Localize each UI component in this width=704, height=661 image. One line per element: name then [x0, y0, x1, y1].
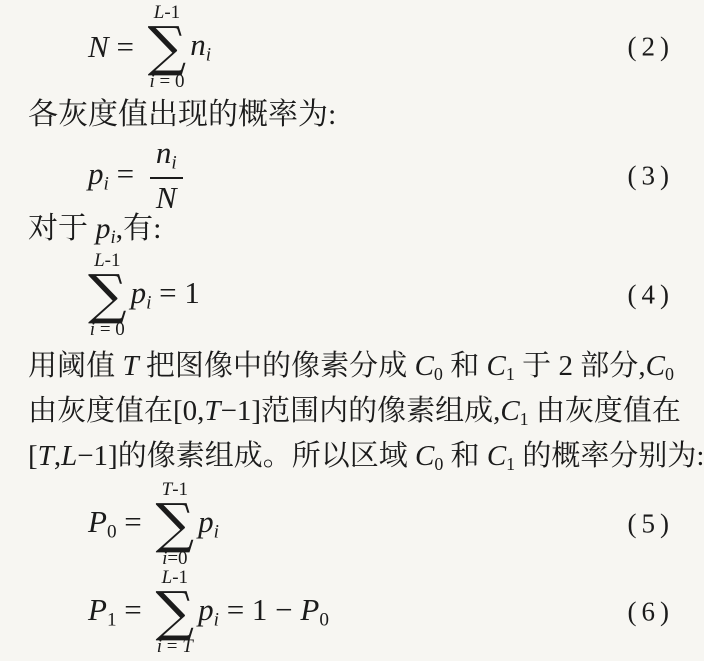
text-segment: p [198, 504, 214, 539]
text-segment: = 0 [155, 71, 185, 92]
equation-2: N = L-1 ∑ i = 0 ni (2) [0, 0, 704, 94]
text-segment: 1 [506, 364, 515, 384]
equation-2-number: (2) [628, 32, 674, 63]
equation-5-formula: P0 = T-1 ∑ i=0 pi [88, 479, 219, 569]
text-segment: 0 [319, 610, 329, 631]
text-segment: 0 [434, 454, 443, 474]
equation-6-number: (6) [628, 597, 674, 628]
text-segment: = [117, 504, 150, 539]
text-segment: 和 [443, 440, 487, 472]
text-segment: 1 [520, 409, 529, 429]
text-segment: n [156, 135, 172, 170]
sigma-icon: ∑ [156, 588, 195, 636]
text-segment: T [182, 636, 193, 657]
text-segment: 把图像中的像素分成 [139, 350, 415, 382]
fraction-numerator: ni [150, 137, 183, 179]
text-segment: 于 2 部分, [515, 350, 646, 382]
equation-3: pi = ni N (3) [0, 140, 704, 212]
text-segment: C [487, 440, 506, 472]
equation-2-lhs: N = [88, 29, 142, 65]
text-segment: = [109, 29, 142, 64]
sigma-icon: ∑ [156, 500, 195, 548]
text-segment: L [61, 440, 77, 472]
equation-5: P0 = T-1 ∑ i=0 pi (5) [0, 482, 704, 566]
text-segment: T [204, 395, 220, 427]
equation-5-rhs: pi [198, 504, 219, 543]
summation-symbol: L-1 ∑ i = 0 [88, 250, 127, 340]
text-segment: C [415, 350, 434, 382]
summation-symbol: T-1 ∑ i=0 [156, 479, 195, 569]
text-segment: 由灰度值在[0, [28, 395, 204, 427]
equation-4: L-1 ∑ i = 0 pi = 1 (4) [0, 248, 704, 342]
text-segment: C [487, 350, 506, 382]
text-segment: C [646, 350, 665, 382]
equation-6: P1 = L-1 ∑ i = T pi = 1 − P0 (6) [0, 566, 704, 658]
equation-4-formula: L-1 ∑ i = 0 pi = 1 [88, 250, 200, 340]
equation-5-lhs: P0 = [88, 504, 150, 543]
text-segment: 0 [434, 364, 443, 384]
equation-4-number: (4) [628, 280, 674, 311]
text-segment: = 1 [151, 275, 199, 310]
equation-6-formula: P1 = L-1 ∑ i = T pi = 1 − P0 [88, 567, 329, 657]
summation-symbol: L-1 ∑ i = 0 [148, 2, 187, 92]
text-segment: i [206, 45, 211, 66]
text-segment: p [131, 275, 147, 310]
text-segment: = 0 [95, 319, 125, 340]
text-segment: 由灰度值在 [529, 395, 681, 427]
text-segment: 0 [107, 522, 117, 543]
text-segment: 1 [506, 454, 515, 474]
text-segment: −1]的像素组成。所以区域 [77, 440, 415, 472]
text-segment: = [117, 592, 150, 627]
text-segment: , [54, 440, 61, 472]
text-probability-intro: 各灰度值出现的概率为: [28, 96, 674, 134]
text-segment: 0 [665, 364, 674, 384]
equation-6-rhs: pi = 1 − P0 [198, 592, 329, 631]
text-segment: T [122, 350, 138, 382]
summation-symbol: L-1 ∑ i = T [156, 567, 195, 657]
fraction: ni N [150, 137, 183, 214]
sigma-icon: ∑ [148, 23, 187, 71]
equation-3-formula: pi = ni N [88, 137, 183, 214]
sigma-icon: ∑ [88, 271, 127, 319]
text-segment: −1]范围内的像素组成, [221, 395, 501, 427]
document-page: N = L-1 ∑ i = 0 ni (2) 各灰度值出现的概率为: pi = … [0, 0, 704, 661]
text-segment: 的概率分别为: [515, 440, 704, 472]
equation-3-lhs: pi = [88, 156, 142, 195]
equation-5-number: (5) [628, 509, 674, 540]
equation-4-rhs: pi = 1 [131, 275, 200, 314]
sum-lower-limit: i = T [157, 636, 193, 657]
text-segment: p [88, 156, 104, 191]
text-segment: P [300, 592, 319, 627]
equation-3-number: (3) [628, 161, 674, 192]
text-segment: P [88, 592, 107, 627]
text-segment: C [415, 440, 434, 472]
text-segment: p [198, 592, 214, 627]
text-segment: i [171, 153, 176, 174]
text-segment: p [96, 212, 111, 245]
equation-2-rhs: ni [190, 27, 211, 66]
equation-6-lhs: P1 = [88, 592, 150, 631]
text-segment: [ [28, 440, 38, 472]
text-segment: = [109, 156, 142, 191]
text-segment: i [214, 522, 219, 543]
text-segment: T [38, 440, 54, 472]
text-segment: n [190, 27, 206, 62]
text-segment: ,有: [116, 212, 162, 245]
sum-lower-limit: i = 0 [149, 71, 184, 92]
text-segment: = 1 − [219, 592, 300, 627]
text-segment: C [500, 395, 519, 427]
text-segment: 1 [107, 610, 117, 631]
text-segment: 用阈值 [28, 350, 122, 382]
text-segment: P [88, 504, 107, 539]
equation-2-formula: N = L-1 ∑ i = 0 ni [88, 2, 211, 92]
text-segment: N [88, 29, 109, 64]
text-segment: = [162, 636, 182, 657]
text-segment: 对于 [28, 212, 96, 245]
sum-lower-limit: i = 0 [90, 319, 125, 340]
text-segment: 和 [443, 350, 487, 382]
